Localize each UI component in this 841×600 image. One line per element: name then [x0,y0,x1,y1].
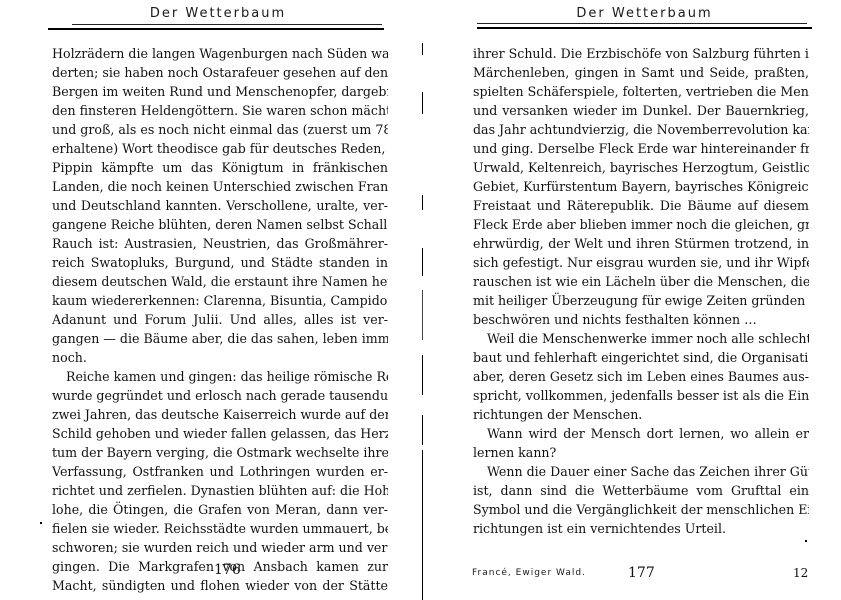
text-line: spielten Schäferspiele, folterten, vertr… [473,82,809,101]
text-line: ihrer Schuld. Die Erzbischöfe von Salzbu… [473,44,809,63]
text-line: Rauch ist: Austrasien, Neustrien, das Gr… [52,234,388,253]
text-line: aber, deren Gesetz sich im Leben eines B… [473,367,809,386]
gutter-mark [422,43,423,55]
text-line: und ging. Derselbe Fleck Erde war hinter… [473,139,809,158]
text-line: Fleck Erde aber blieben immer noch die g… [473,215,809,234]
text-line: noch. [52,348,388,367]
text-line: Macht, sündigten und flohen wieder von d… [52,576,388,595]
text-line: sich gefestigt. Nur eisgrau wurden sie, … [473,253,809,272]
gutter-mark [422,355,423,395]
text-line: Weil die Menschenwerke immer noch alle s… [473,329,809,348]
text-line: schworen; sie wurden reich und wieder ar… [52,538,388,557]
text-line: Landen, die noch keinen Unterschied zwis… [52,177,388,196]
text-line: fielen sie wieder. Reichsstädte wurden u… [52,519,388,538]
scan-speck [40,522,42,524]
header-rule-thin [477,23,807,24]
gutter-mark [422,290,423,340]
text-line: das Jahr achtundvierzig, die Novemberrev… [473,120,809,139]
sheet-number: 12 [793,566,808,580]
gutter-mark [422,248,423,276]
text-line: beschwören und nichts festhalten können … [473,310,809,329]
text-line: reich Swatopluks, Burgund, und Städte st… [52,253,388,272]
scan-speck [805,540,807,542]
text-line: tum der Bayern verging, die Ostmark wech… [52,443,388,462]
text-line: Wann wird der Mensch dort lernen, wo all… [473,424,809,443]
text-line: ehrwürdig, der Welt und ihren Stürmen tr… [473,234,809,253]
text-line: und versanken wieder im Dunkel. Der Baue… [473,101,809,120]
running-head: Der Wetterbaum [477,6,812,21]
text-line: wurde gegründet und erlosch nach gerade … [52,386,388,405]
text-line: ist, dann sind die Wetterbäume vom Gruft… [473,481,809,500]
text-line: baut und fehlerhaft eingerichtet sind, d… [473,348,809,367]
text-line: Freistaat und Räterepublik. Die Bäume au… [473,196,809,215]
gutter-mark [422,92,423,114]
printer-signature: Francé, Ewiger Wald. [472,568,586,578]
text-line: Holzrädern die langen Wagenburgen nach S… [52,44,388,63]
header-rule-thick [48,28,384,30]
text-line: Reiche kamen und gingen: das heilige röm… [52,367,388,386]
text-line: Gebiet, Kurfürstentum Bayern, bayrisches… [473,177,809,196]
text-line: Wenn die Dauer einer Sache das Zeichen i… [473,462,809,481]
text-line: Adanunt und Forum Julii. Und alles, alle… [52,310,388,329]
text-line: gangen — die Bäume aber, die das sahen, … [52,329,388,348]
text-line: Schild gehoben und wieder fallen gelasse… [52,424,388,443]
text-line: Urwald, Keltenreich, bayrisches Herzogtu… [473,158,809,177]
text-line: rauschen ist wie ein Lächeln über die Me… [473,272,809,291]
body-text: ihrer Schuld. Die Erzbischöfe von Salzbu… [473,44,809,538]
text-line: zwei Jahren, das deutsche Kaiserreich wu… [52,405,388,424]
page-number: 177 [628,565,655,581]
body-text: Holzrädern die langen Wagenburgen nach S… [52,44,388,595]
text-line: lernen kann? [473,443,809,462]
text-line: Verfassung, Ostfranken und Lothringen wu… [52,462,388,481]
right-page: Der Wetterbaum ihrer Schuld. Die Erzbisc… [420,0,841,600]
header-rule-thick [477,27,812,29]
gutter-mark [422,450,423,600]
book-spread: Der Wetterbaum Holzrädern die langen Wag… [0,0,841,600]
text-line: Märchenleben, gingen in Samt und Seide, … [473,63,809,82]
page-number: 176 [214,562,241,578]
text-line: den finsteren Heldengöttern. Sie waren s… [52,101,388,120]
text-line: derten; sie haben noch Ostarafeuer geseh… [52,63,388,82]
text-line: gangene Reiche blühten, deren Namen selb… [52,215,388,234]
text-line: spricht, vollkommen, jedenfalls besser i… [473,386,809,405]
gutter-mark [422,415,423,445]
text-line: erhaltene) Wort theodisce gab für deutsc… [52,139,388,158]
gutter-mark [422,195,423,210]
text-line: kaum wiedererkennen: Clarenna, Bisuntia,… [52,291,388,310]
text-line: Pippin kämpfte um das Königtum in fränki… [52,158,388,177]
header-rule-thin [72,24,382,25]
text-line: und Deutschland kannten. Verschollene, u… [52,196,388,215]
text-line: und groß, als es noch nicht einmal das (… [52,120,388,139]
text-line: diesem deutschen Wald, die erstaunt ihre… [52,272,388,291]
running-head: Der Wetterbaum [48,6,388,21]
text-line: Symbol und die Vergänglichkeit der mensc… [473,500,809,519]
left-page: Der Wetterbaum Holzrädern die langen Wag… [0,0,420,600]
text-line: richtungen ist ein vernichtendes Urteil. [473,519,809,538]
text-line: Bergen im weiten Rund und Menschenopfer,… [52,82,388,101]
text-line: richtungen der Menschen. [473,405,809,424]
text-line: richtet und zerfielen. Dynastien blühten… [52,481,388,500]
text-line: mit heiliger Überzeugung für ewige Zeite… [473,291,809,310]
text-line: lohe, die Ötingen, die Grafen von Meran,… [52,500,388,519]
